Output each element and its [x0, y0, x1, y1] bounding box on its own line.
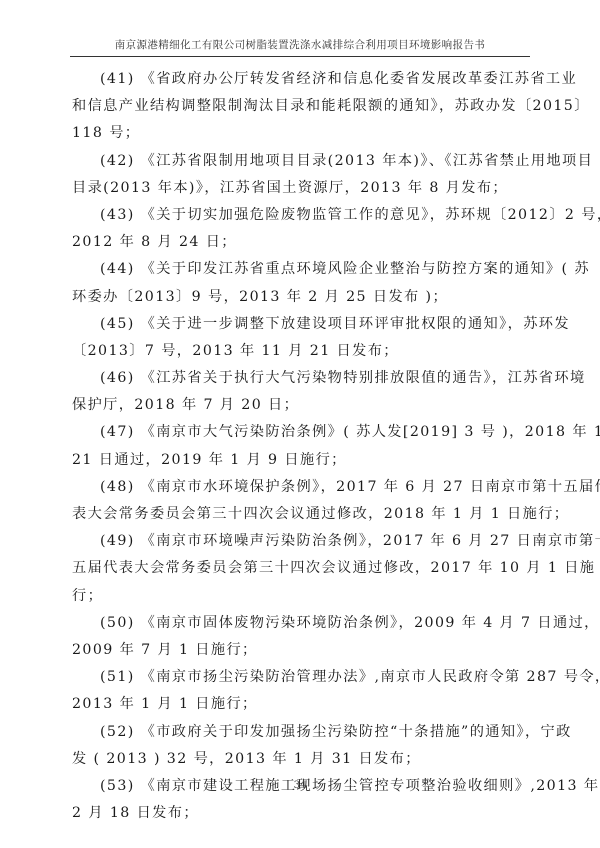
page-number: 34 — [0, 780, 600, 791]
reference-item-continuation: 21 日通过，2019 年 1 月 9 日施行； — [72, 447, 530, 474]
reference-item-continuation: 行； — [72, 583, 530, 610]
report-title: 南京源港精细化工有限公司树脂装置洗涤水减排综合利用项目环境影响报告书 — [70, 36, 530, 55]
reference-item-continuation: 发 ( 2013 ) 32 号，2013 年 1 月 31 日发布； — [72, 746, 530, 773]
reference-item-continuation: 目录(2013 年本)》，江苏省国土资源厅，2013 年 8 月发布； — [72, 175, 530, 202]
reference-item-start: (51) 《南京市扬尘污染防治管理办法》,南京市人民政府令第 287 号令， — [72, 664, 530, 691]
reference-item-start: (46) 《江苏省关于执行大气污染物特别排放限值的通告》，江苏省环境 — [72, 365, 530, 392]
reference-item-continuation: 2 月 18 日发布； — [72, 800, 530, 827]
reference-item-continuation: 保护厅，2018 年 7 月 20 日； — [72, 392, 530, 419]
reference-item-continuation: 和信息产业结构调整限制淘汰目录和能耗限额的通知》，苏政办发〔2015〕 — [72, 93, 530, 120]
reference-item-continuation: 〔2013〕7 号，2013 年 11 月 21 日发布； — [72, 338, 530, 365]
reference-item-start: (48) 《南京市水环境保护条例》，2017 年 6 月 27 日南京市第十五届… — [72, 474, 530, 501]
reference-item-continuation: 2012 年 8 月 24 日； — [72, 229, 530, 256]
reference-item-start: (43) 《关于切实加强危险废物监管工作的意见》，苏环规〔2012〕2 号， — [72, 202, 530, 229]
reference-item-continuation: 118 号； — [72, 120, 530, 147]
reference-list: (41) 《省政府办公厅转发省经济和信息化委省发展改革委江苏省工业和信息产业结构… — [72, 66, 530, 827]
reference-item-start: (41) 《省政府办公厅转发省经济和信息化委省发展改革委江苏省工业 — [72, 66, 530, 93]
reference-item-continuation: 表大会常务委员会第三十四次会议通过修改，2018 年 1 月 1 日施行； — [72, 501, 530, 528]
reference-item-start: (45) 《关于进一步调整下放建设项目环评审批权限的通知》，苏环发 — [72, 311, 530, 338]
reference-item-start: (50) 《南京市固体废物污染环境防治条例》，2009 年 4 月 7 日通过， — [72, 610, 530, 637]
page-header: 南京源港精细化工有限公司树脂装置洗涤水减排综合利用项目环境影响报告书 — [70, 36, 530, 57]
reference-item-start: (49) 《南京市环境噪声污染防治条例》，2017 年 6 月 27 日南京市第… — [72, 528, 530, 555]
reference-item-continuation: 2013 年 1 月 1 日施行； — [72, 691, 530, 718]
reference-item-start: (47) 《南京市大气污染防治条例》( 苏人发[2019] 3 号 )，2018… — [72, 419, 530, 446]
reference-item-start: (52) 《市政府关于印发加强扬尘污染防控“十条措施”的通知》，宁政 — [72, 719, 530, 746]
reference-item-start: (42) 《江苏省限制用地项目目录(2013 年本)》、《江苏省禁止用地项目 — [72, 148, 530, 175]
reference-item-continuation: 环委办〔2013〕9 号，2013 年 2 月 25 日发布 )； — [72, 284, 530, 311]
reference-item-continuation: 2009 年 7 月 1 日施行； — [72, 637, 530, 664]
reference-item-start: (44) 《关于印发江苏省重点环境风险企业整治与防控方案的通知》( 苏 — [72, 256, 530, 283]
reference-item-continuation: 五届代表大会常务委员会第三十四次会议通过修改，2017 年 10 月 1 日施 — [72, 555, 530, 582]
